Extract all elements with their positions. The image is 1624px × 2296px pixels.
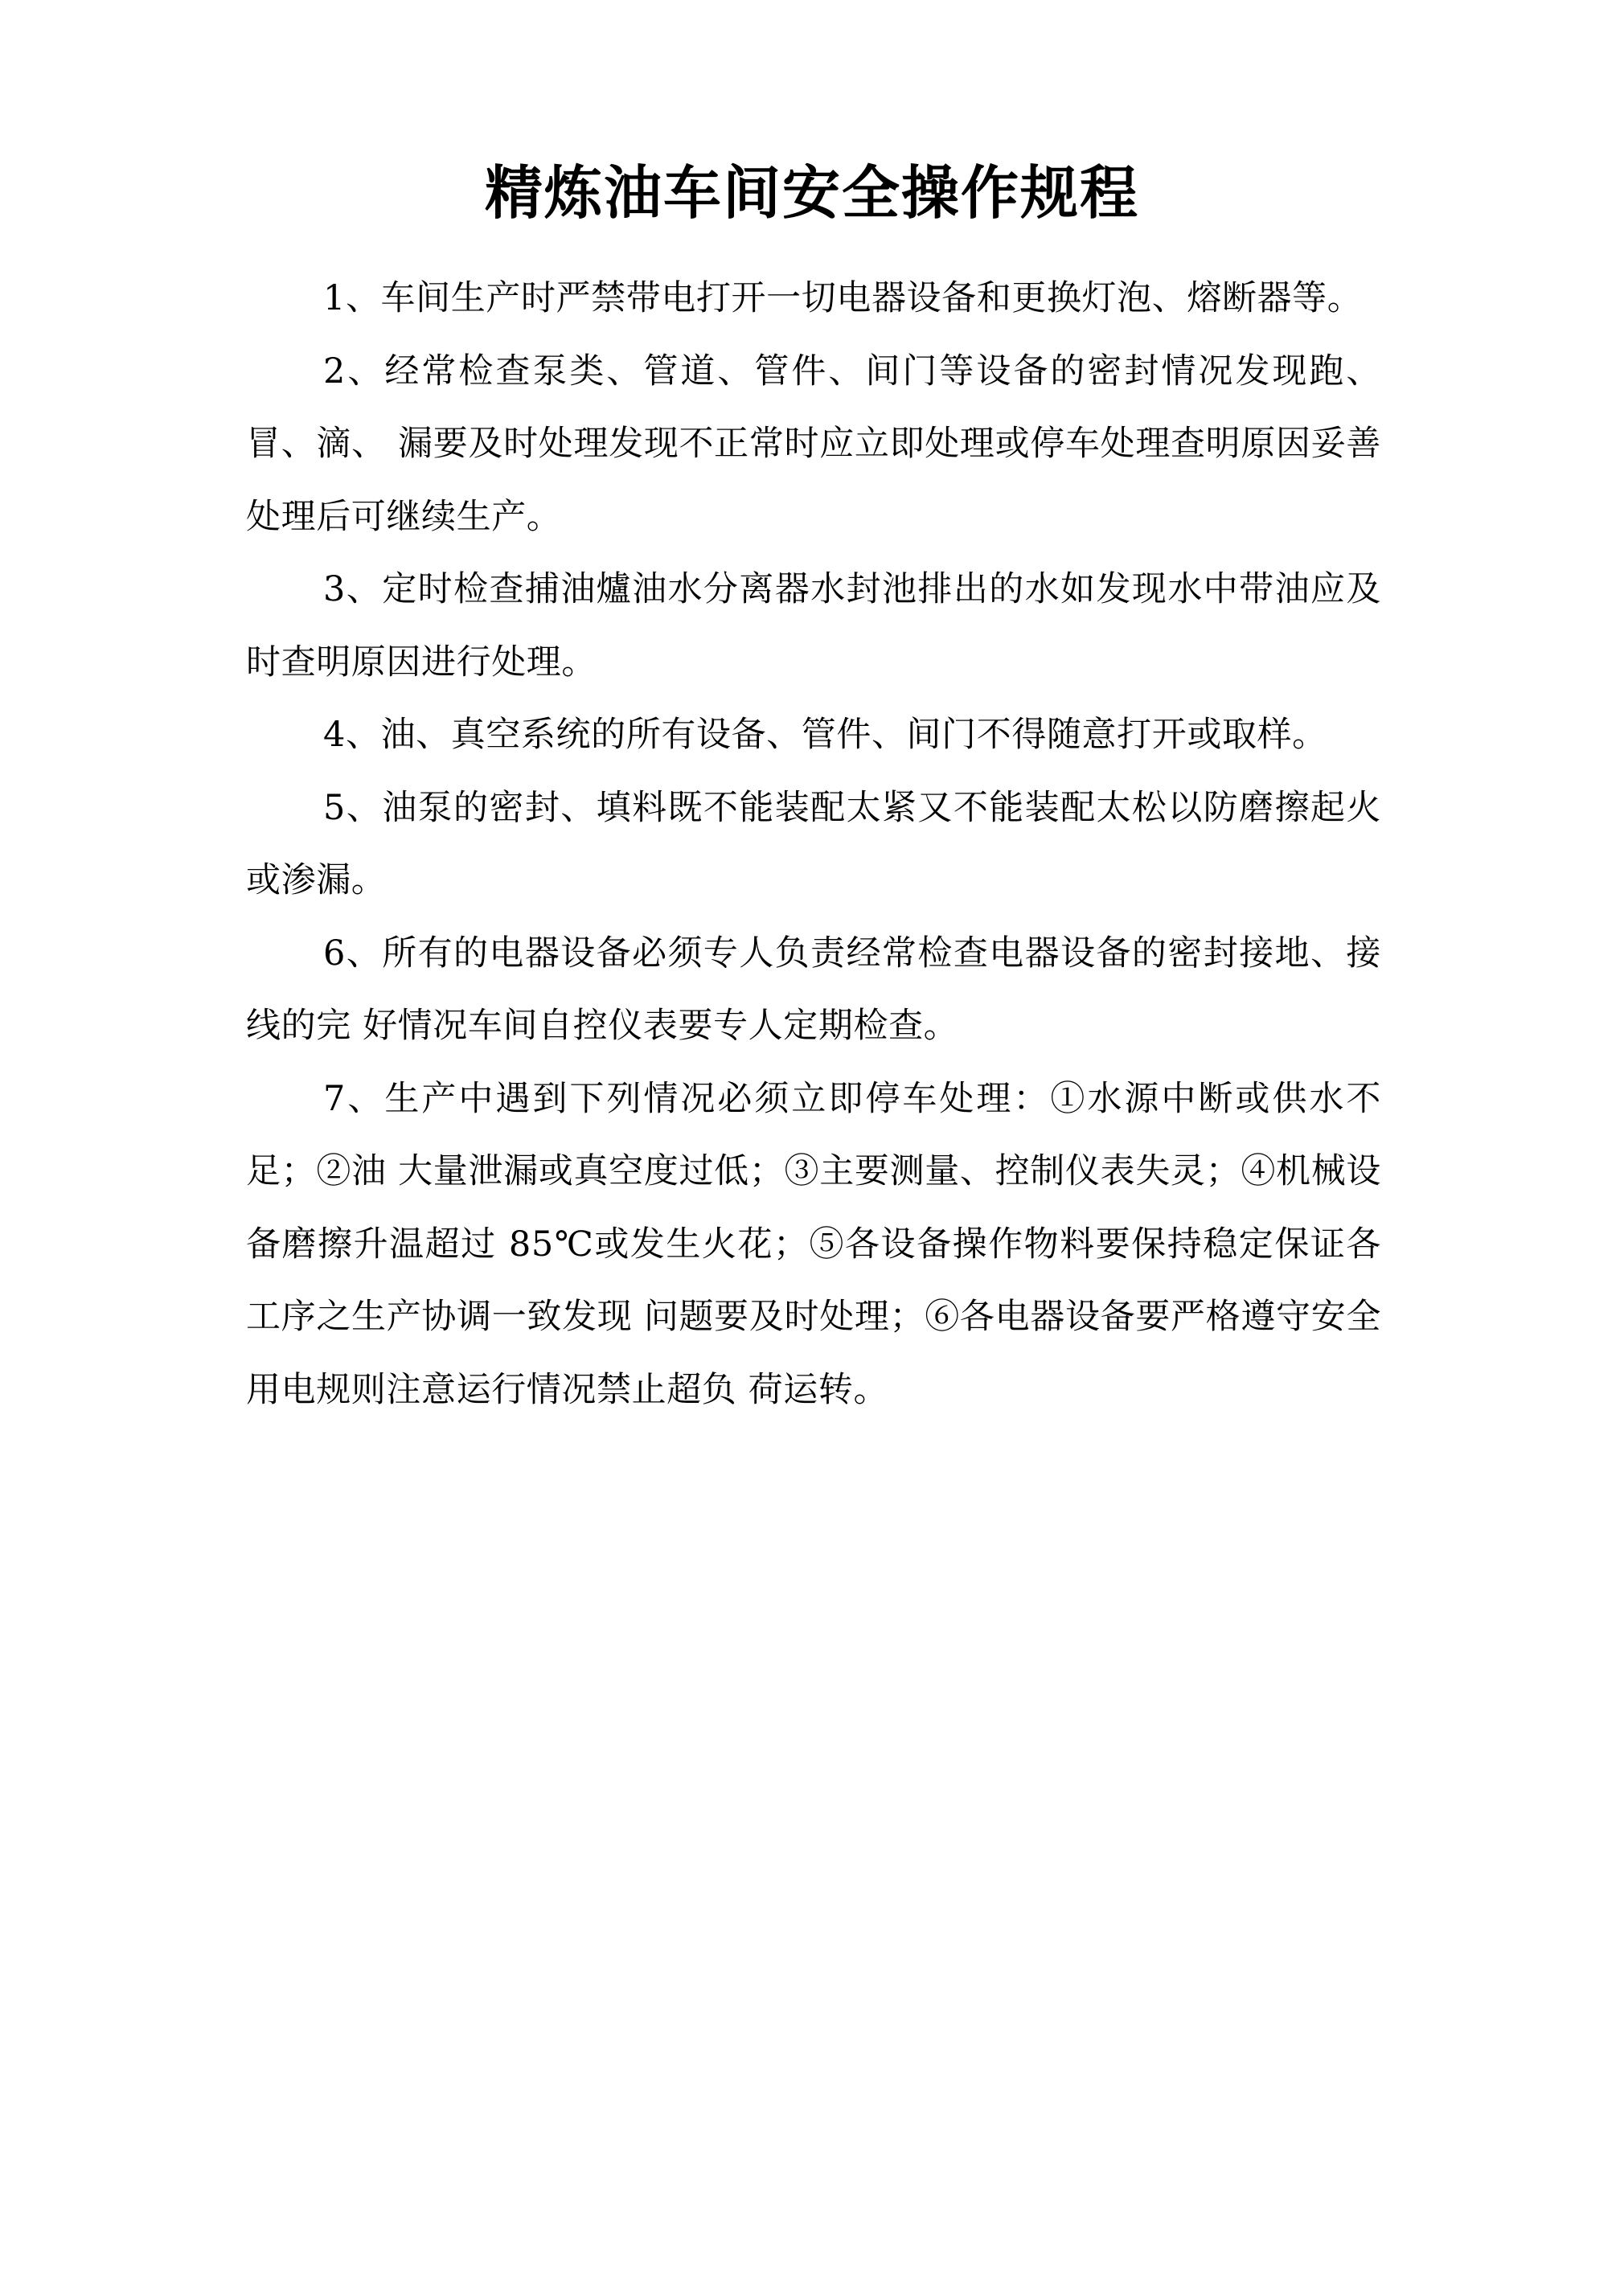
rule-paragraph-5: 5、油泵的密封、填料既不能装配太紧又不能装配太松以防磨擦起火或渗漏。 — [246, 772, 1381, 917]
rule-paragraph-4: 4、油、真空系统的所有设备、管件、间门不得随意打开或取样。 — [246, 699, 1381, 772]
rule-paragraph-7: 7、生产中遇到下列情况必须立即停车处理：①水源中断或供水不足；②油 大量泄漏或真… — [246, 1063, 1381, 1427]
document-page: 精炼油车间安全操作规程 1、车间生产时严禁带电打开一切电器设备和更换灯泡、熔断器… — [0, 0, 1624, 2296]
rule-paragraph-2: 2、经常检查泵类、管道、管件、间门等设备的密封情况发现跑、冒、滴、 漏要及时处理… — [246, 335, 1381, 554]
rule-paragraph-1: 1、车间生产时严禁带电打开一切电器设备和更换灯泡、熔断器等。 — [246, 262, 1381, 335]
rule-paragraph-6: 6、所有的电器设备必须专人负责经常检查电器设备的密封接地、接线的完 好情况车间自… — [246, 917, 1381, 1063]
document-title: 精炼油车间安全操作规程 — [0, 154, 1624, 232]
rule-paragraph-3: 3、定时检查捕油爐油水分离器水封池排出的水如发现水中带油应及时查明原因进行处理。 — [246, 553, 1381, 699]
document-body: 1、车间生产时严禁带电打开一切电器设备和更换灯泡、熔断器等。 2、经常检查泵类、… — [246, 262, 1381, 1426]
